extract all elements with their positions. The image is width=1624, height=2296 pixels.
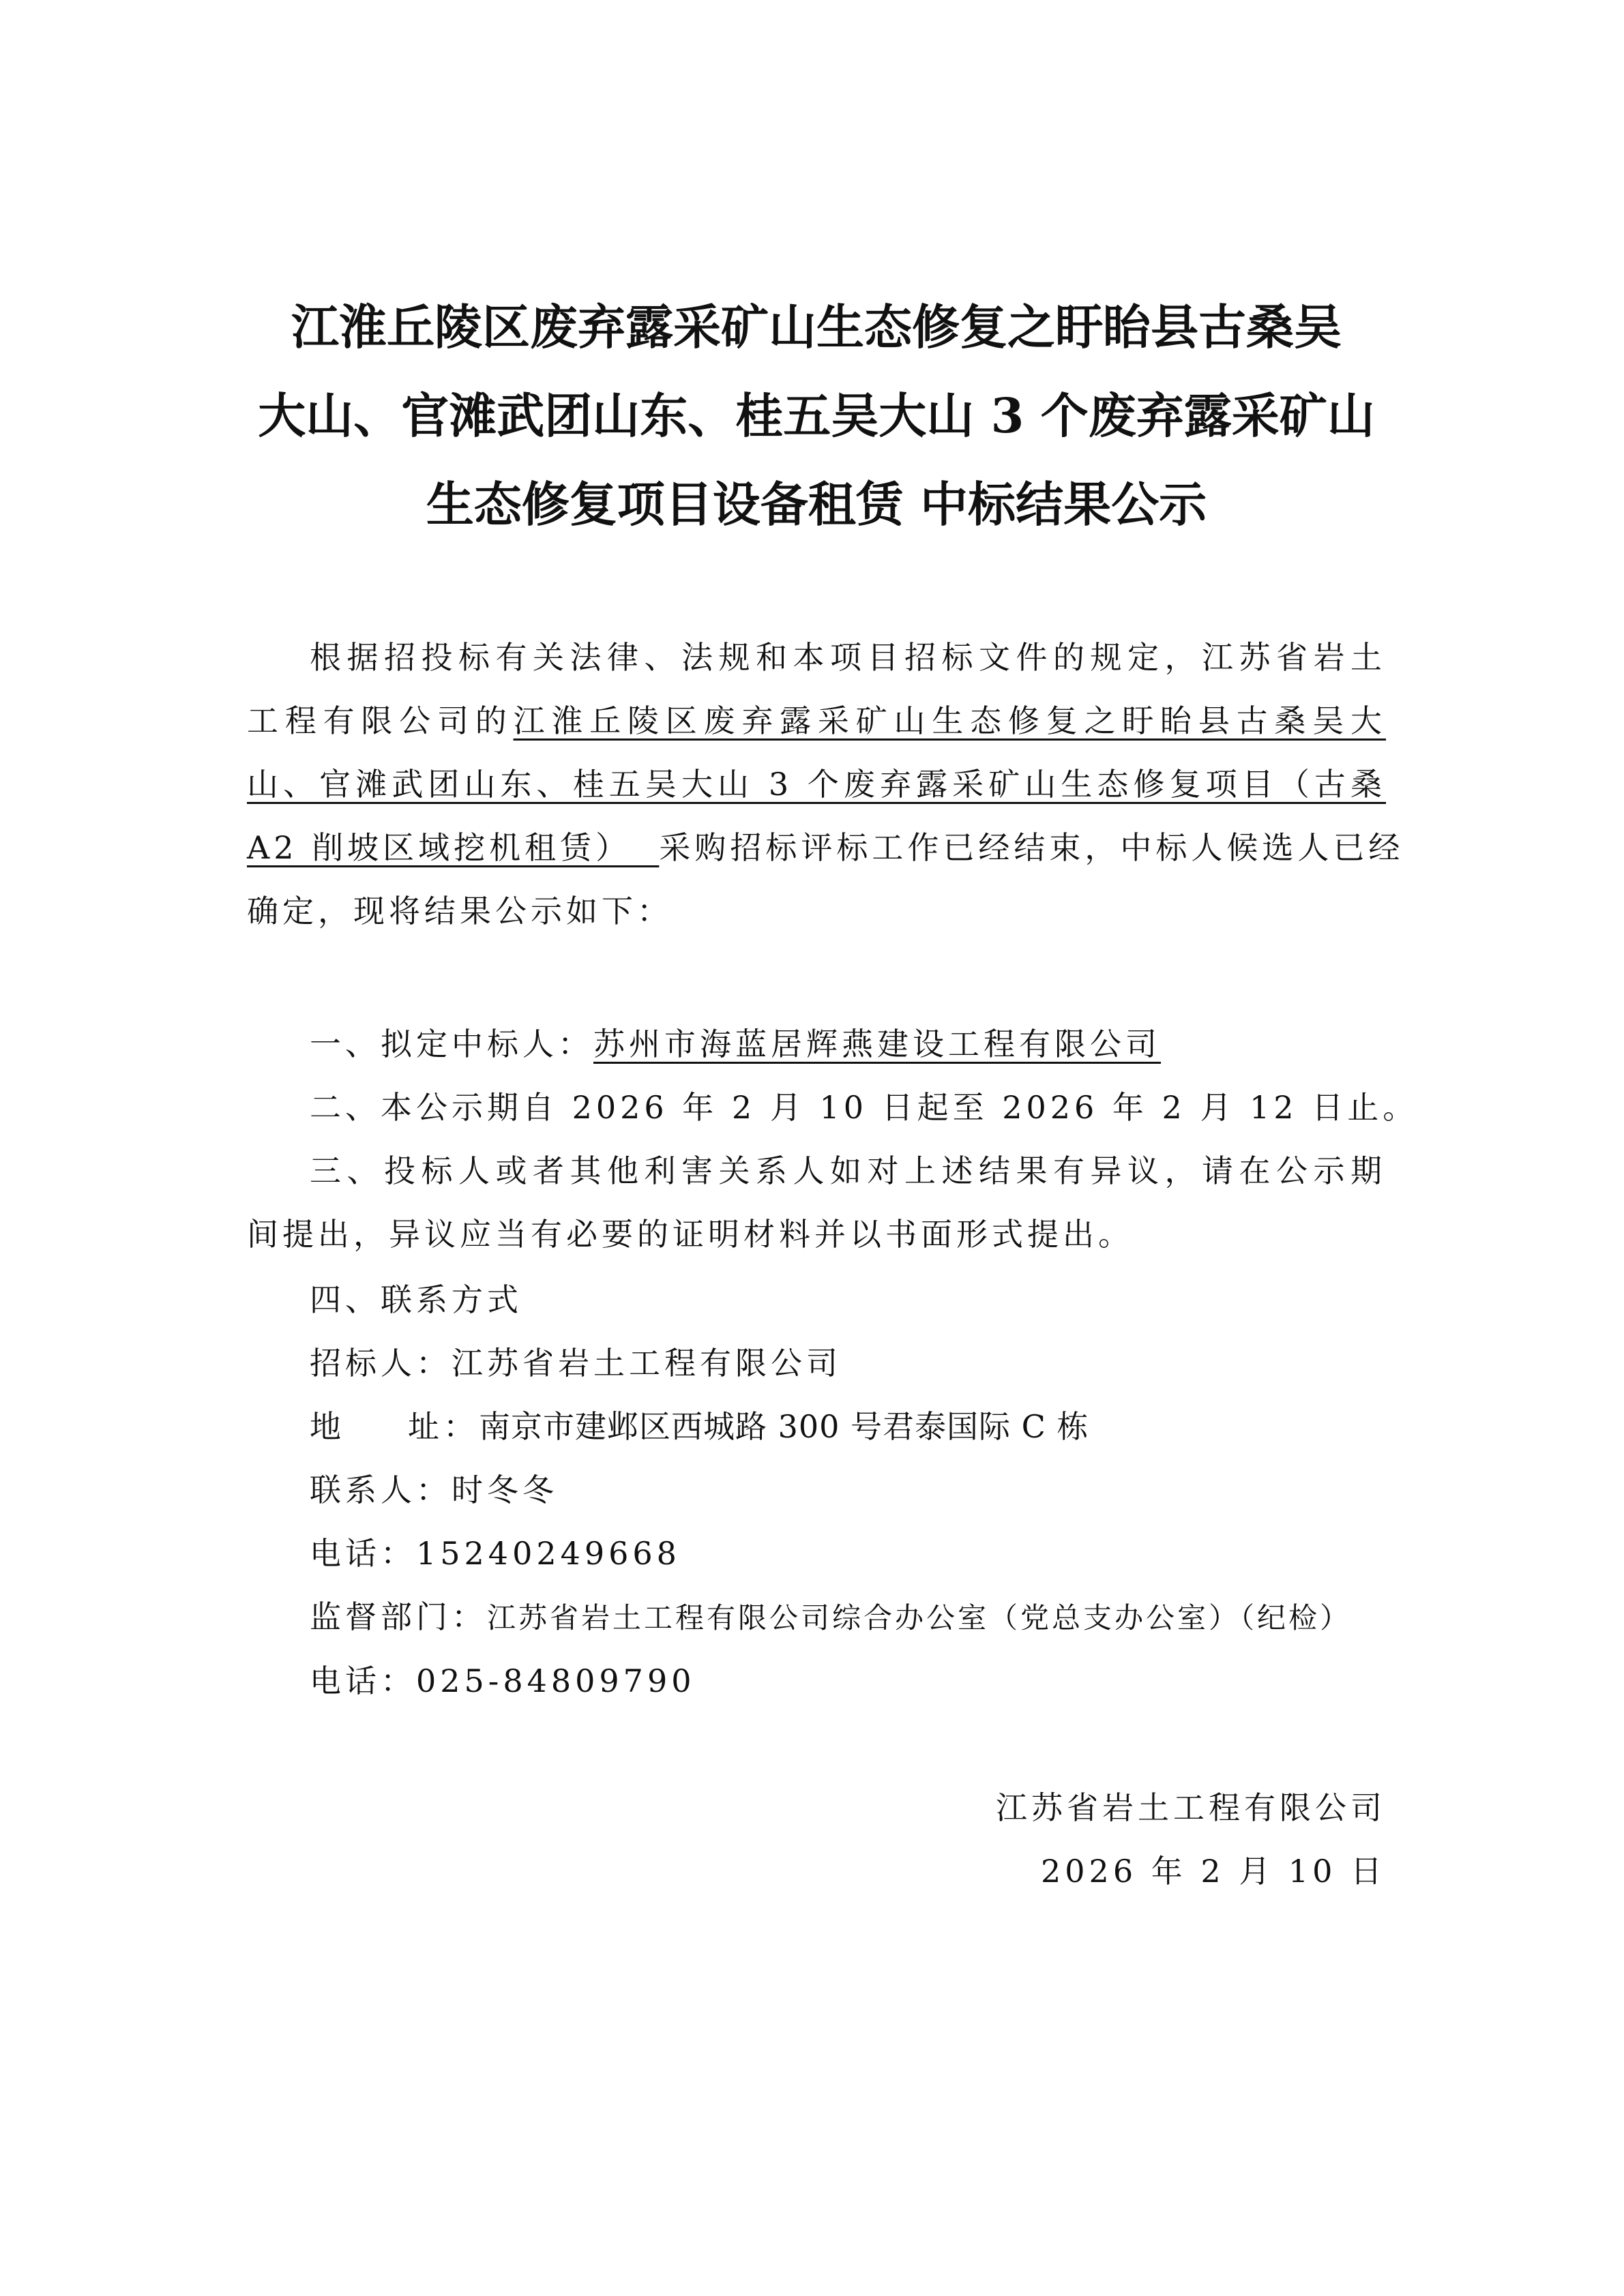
signature-company: 江苏省岩土工程有限公司	[996, 1776, 1386, 1840]
page-title: 江淮丘陵区废弃露采矿山生态修复之盱眙县古桑吴 大山、官滩武团山东、桂五吴大山 3…	[247, 283, 1386, 549]
contact-heading: 四、联系方式	[310, 1268, 1351, 1332]
announcement-items: 一、拟定中标人：苏州市海蓝居辉燕建设工程有限公司 二、本公示期自 2026 年 …	[247, 1013, 1386, 1266]
person-label: 联系人：	[310, 1472, 452, 1508]
project-name-part-3: A2 削坡区域挖机租赁）	[247, 829, 659, 866]
supervisor-value: 江苏省岩土工程有限公司综合办公室（党总支办公室）（纪检）	[487, 1601, 1351, 1635]
tenderer-label: 招标人：	[310, 1345, 452, 1382]
item-winning-bidder: 一、拟定中标人：苏州市海蓝居辉燕建设工程有限公司	[247, 1013, 1386, 1076]
intro-line-1: 根据招投标有关法律、法规和本项目招标文件的规定，江苏省岩土	[247, 626, 1386, 689]
intro-line-2: 工程有限公司的江淮丘陵区废弃露采矿山生态修复之盱眙县古桑吴大	[247, 689, 1386, 753]
phone-label: 电话：	[310, 1535, 416, 1572]
project-name-part-2: 山、官滩武团山东、桂五吴大山 3 个废弃露采矿山生态修复项目（古桑	[247, 766, 1386, 803]
item-objection-line-2: 间提出，异议应当有必要的证明材料并以书面形式提出。	[247, 1203, 1386, 1266]
contact-person: 联系人：时冬冬	[310, 1459, 1351, 1522]
project-name-part-1: 江淮丘陵区废弃露采矿山生态修复之盱眙县古桑吴大	[514, 702, 1386, 739]
address-label-2: 址：	[408, 1408, 479, 1445]
item-objection-line-1: 三、投标人或者其他利害关系人如对上述结果有异议，请在公示期	[247, 1139, 1386, 1203]
intro-prefix: 工程有限公司的	[247, 702, 514, 739]
contact-supervisor: 监督部门：江苏省岩土工程有限公司综合办公室（党总支办公室）（纪检）	[310, 1585, 1351, 1650]
supervisor-label: 监督部门：	[310, 1598, 487, 1635]
person-value: 时冬冬	[452, 1472, 558, 1508]
intro-line-5: 确定，现将结果公示如下：	[247, 880, 1386, 943]
contact-tenderer: 招标人：江苏省岩土工程有限公司	[310, 1332, 1351, 1395]
contact-address: 地址：南京市建邺区西城路 300 号君泰国际 C 栋	[310, 1395, 1351, 1459]
winning-bidder-label: 一、拟定中标人：	[310, 1026, 593, 1062]
intro-suffix: 采购招标评标工作已经结束，中标人候选人已经	[659, 829, 1404, 866]
title-line-3: 生态修复项目设备租赁 中标结果公示	[247, 460, 1386, 549]
intro-line-4: A2 削坡区域挖机租赁） 采购招标评标工作已经结束，中标人候选人已经	[247, 816, 1386, 880]
supervisor-phone-label: 电话：	[310, 1663, 416, 1699]
intro-paragraph: 根据招投标有关法律、法规和本项目招标文件的规定，江苏省岩土 工程有限公司的江淮丘…	[247, 626, 1386, 943]
tenderer-value: 江苏省岩土工程有限公司	[452, 1345, 842, 1382]
signature-block: 江苏省岩土工程有限公司 2026 年 2 月 10 日	[996, 1776, 1386, 1903]
title-line-1: 江淮丘陵区废弃露采矿山生态修复之盱眙县古桑吴	[247, 283, 1386, 372]
phone-value: 15240249668	[416, 1535, 681, 1572]
supervisor-phone-value: 025-84809790	[416, 1663, 695, 1699]
winning-bidder-name: 苏州市海蓝居辉燕建设工程有限公司	[593, 1026, 1161, 1062]
address-value: 南京市建邺区西城路 300 号君泰国际 C 栋	[479, 1408, 1089, 1445]
contact-supervisor-phone: 电话：025-84809790	[310, 1650, 1351, 1713]
intro-line-3: 山、官滩武团山东、桂五吴大山 3 个废弃露采矿山生态修复项目（古桑	[247, 753, 1386, 816]
item-publicity-period: 二、本公示期自 2026 年 2 月 10 日起至 2026 年 2 月 12 …	[247, 1076, 1386, 1139]
address-label-1: 地	[310, 1408, 345, 1445]
signature-date: 2026 年 2 月 10 日	[996, 1840, 1386, 1903]
title-line-2: 大山、官滩武团山东、桂五吴大山 3 个废弃露采矿山	[247, 372, 1386, 460]
contact-phone: 电话：15240249668	[310, 1522, 1351, 1585]
contact-info: 四、联系方式 招标人：江苏省岩土工程有限公司 地址：南京市建邺区西城路 300 …	[310, 1268, 1351, 1713]
